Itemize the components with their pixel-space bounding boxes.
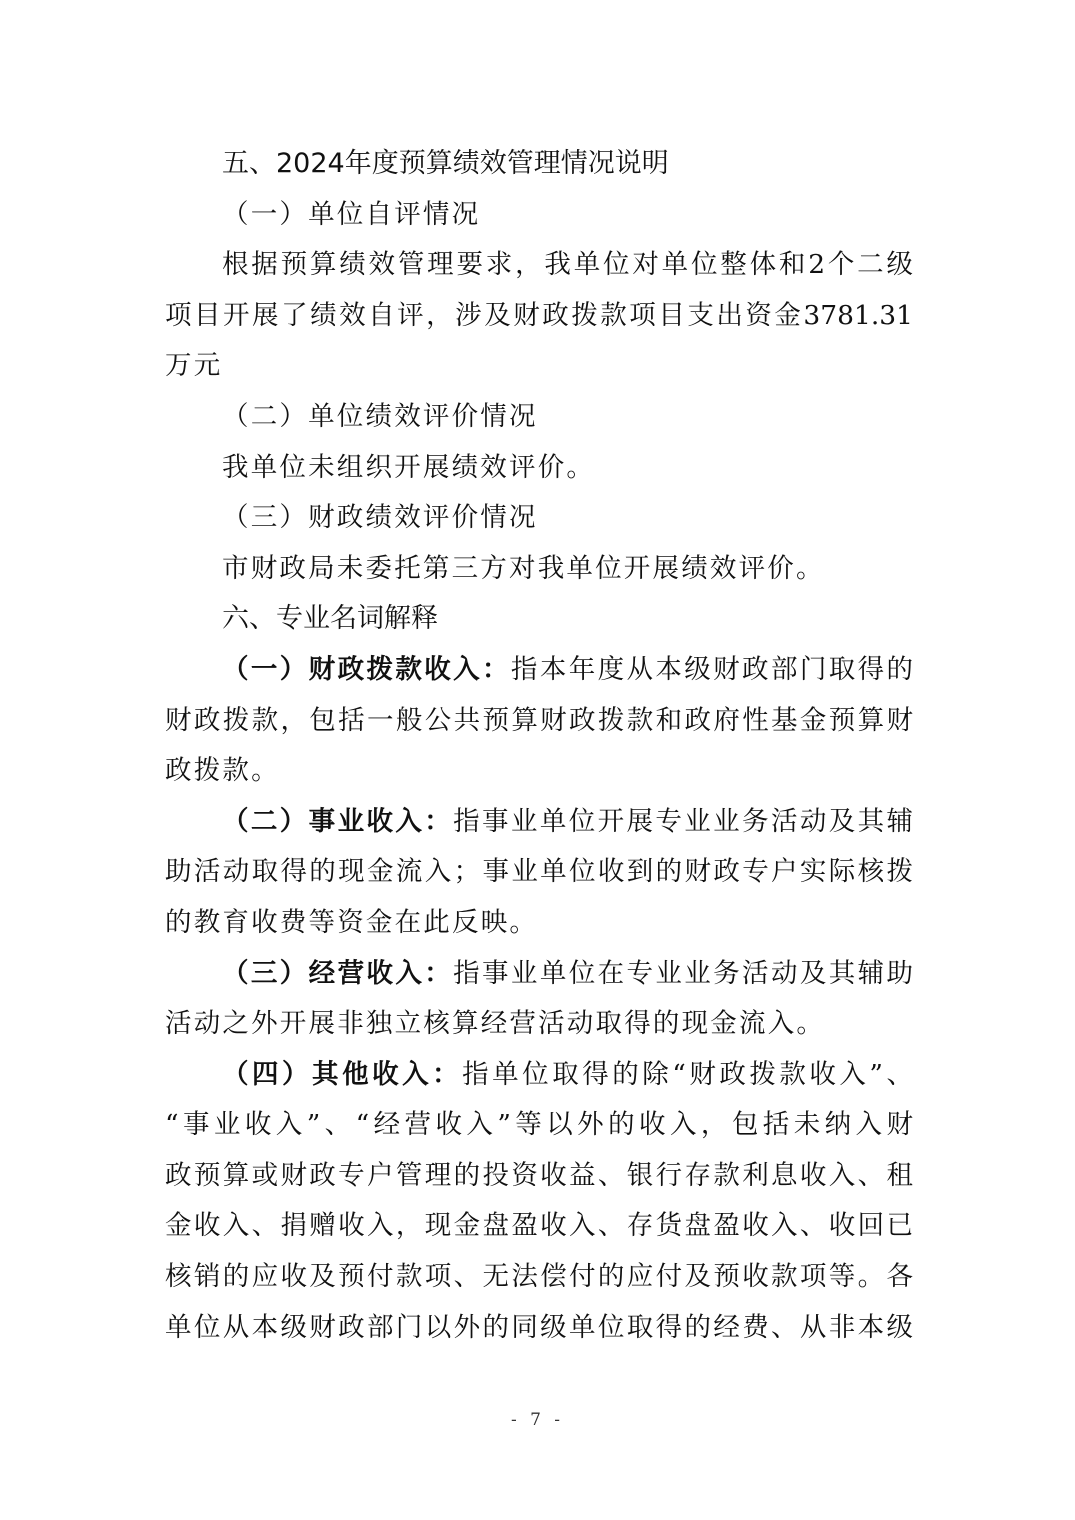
paragraph-line: 活动之外开展非独立核算经营活动取得的现金流入。: [165, 999, 913, 1050]
term-text: 指事业单位在专业业务活动及其辅助: [453, 958, 913, 989]
paragraph-line: 的教育收费等资金在此反映。: [165, 898, 913, 949]
document-page: 五、2024年度预算绩效管理情况说明 （一）单位自评情况 根据预算绩效管理要求，…: [165, 139, 913, 1353]
paragraph-line: “事业收入”、“经营收入”等以外的收入，包括未纳入财: [165, 1100, 913, 1151]
term-label: （四）其他收入：: [222, 1059, 462, 1090]
subsection-3-heading: （三）财政绩效评价情况: [165, 493, 913, 544]
paragraph-line: 助活动取得的现金流入；事业单位收到的财政专户实际核拨: [165, 847, 913, 898]
paragraph-line: 金收入、捐赠收入，现金盘盈收入、存货盘盈收入、收回已: [165, 1201, 913, 1252]
section-5-heading: 五、2024年度预算绩效管理情况说明: [165, 139, 913, 190]
page-number: - 7 -: [0, 1410, 1075, 1430]
section-6-heading: 六、专业名词解释: [165, 594, 913, 645]
paragraph-line: 市财政局未委托第三方对我单位开展绩效评价。: [165, 544, 913, 595]
paragraph-line: 根据预算绩效管理要求，我单位对单位整体和2个二级: [165, 240, 913, 291]
paragraph-line: 政拨款。: [165, 746, 913, 797]
term-text: 指事业单位开展专业业务活动及其辅: [453, 806, 913, 837]
term-label: （三）经营收入：: [222, 958, 453, 989]
paragraph-line: 财政拨款，包括一般公共预算财政拨款和政府性基金预算财: [165, 696, 913, 747]
term-label: （二）事业收入：: [222, 806, 453, 837]
paragraph-line: 政预算或财政专户管理的投资收益、银行存款利息收入、租: [165, 1151, 913, 1202]
paragraph-line: 我单位未组织开展绩效评价。: [165, 443, 913, 494]
paragraph-line: 单位从本级财政部门以外的同级单位取得的经费、从非本级: [165, 1303, 913, 1354]
paragraph-line: 核销的应收及预付款项、无法偿付的应付及预收款项等。各: [165, 1252, 913, 1303]
term-text: 指单位取得的除“财政拨款收入”、: [462, 1059, 913, 1090]
subsection-2-heading: （二）单位绩效评价情况: [165, 392, 913, 443]
term-2-first-line: （二）事业收入：指事业单位开展专业业务活动及其辅: [165, 797, 913, 848]
paragraph-line: 万元: [165, 341, 913, 392]
paragraph-line: 项目开展了绩效自评，涉及财政拨款项目支出资金3781.31: [165, 291, 913, 342]
term-text: 指本年度从本级财政部门取得的: [511, 654, 913, 685]
term-3-first-line: （三）经营收入：指事业单位在专业业务活动及其辅助: [165, 949, 913, 1000]
subsection-1-heading: （一）单位自评情况: [165, 190, 913, 241]
term-4-first-line: （四）其他收入：指单位取得的除“财政拨款收入”、: [165, 1050, 913, 1101]
term-1-first-line: （一）财政拨款收入：指本年度从本级财政部门取得的: [165, 645, 913, 696]
term-label: （一）财政拨款收入：: [222, 654, 511, 685]
